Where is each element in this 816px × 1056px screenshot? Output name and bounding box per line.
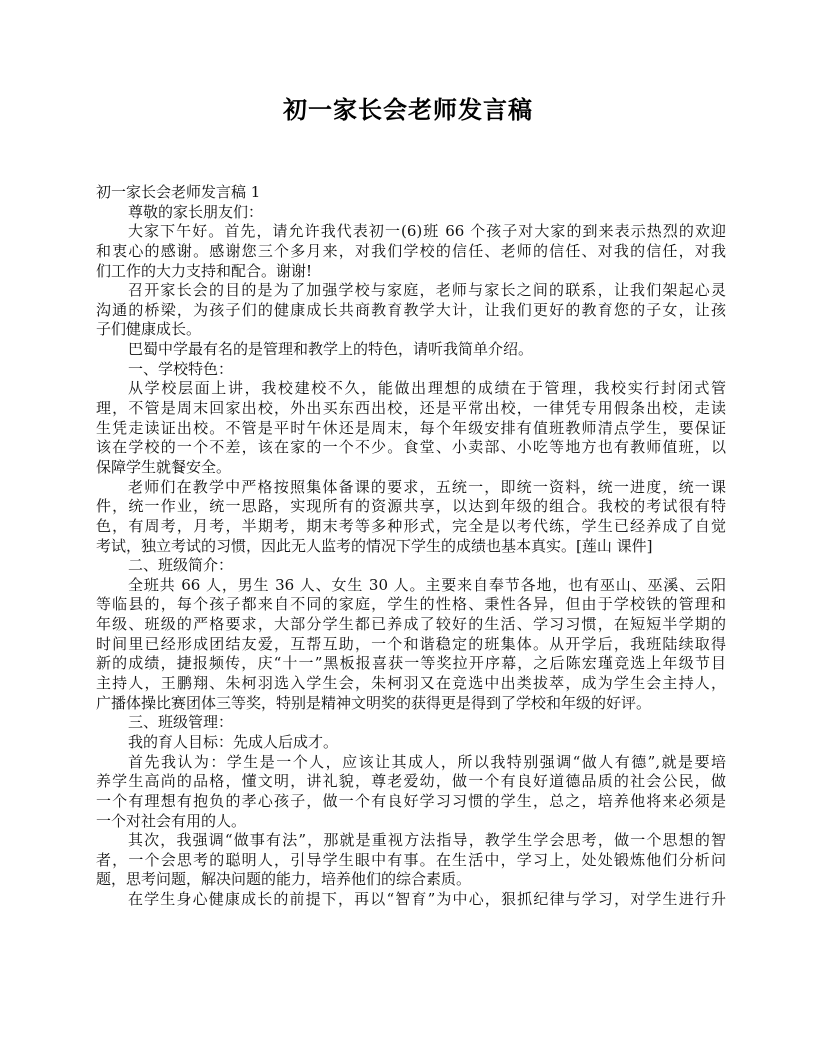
- text-line: 召开家长会的目的是为了加强学校与家庭，老师与家长之间的联系，让我们架起心灵: [96, 281, 726, 301]
- text-line: 题，思考问题，解决问题的能力，培养他们的综合素质。: [96, 870, 726, 890]
- text-line: 广播体操比赛团体三等奖，特别是精神文明奖的获得更是得到了学校和年级的好评。: [96, 694, 726, 714]
- text-line: 主持人，王鹏翔、朱柯羽选入学生会，朱柯羽又在竞选中出类拔萃，成为学生会主持人，: [96, 674, 726, 694]
- text-line: 我的育人目标：先成人后成才。: [96, 733, 726, 753]
- text-line: 沟通的桥梁，为孩子们的健康成长共商教育教学大计，让我们更好的教育您的子女，让孩: [96, 301, 726, 321]
- text-line: 等临县的，每个孩子都来自不同的家庭，学生的性格、秉性各异，但由于学校铁的管理和: [96, 595, 726, 615]
- text-line: 其次，我强调“做事有法”，那就是重视方法指导，教学生学会思考，做一个思想的智: [96, 831, 726, 851]
- text-line: 首先我认为：学生是一个人，应该让其成人，所以我特别强调“做人有德”,就是要培: [96, 753, 726, 773]
- text-line: 新的成绩，捷报频传，庆“十一”黑板报喜获一等奖拉开序幕，之后陈宏瑾竞选上年级节目: [96, 654, 726, 674]
- text-line: 巴蜀中学最有名的是管理和教学上的特色，请听我简单介绍。: [96, 340, 726, 360]
- text-line: 从学校层面上讲，我校建校不久，能做出理想的成绩在于管理，我校实行封闭式管: [96, 379, 726, 399]
- text-line: 色，有周考，月考，半期考，期末考等多种形式，完全是以考代练，学生已经养成了自觉: [96, 517, 726, 537]
- text-line: 全班共 66 人，男生 36 人、女生 30 人。主要来自奉节各地，也有巫山、巫…: [96, 576, 726, 596]
- text-line: 者，一个会思考的聪明人，引导学生眼中有事。在生活中，学习上，处处锻炼他们分析问: [96, 851, 726, 871]
- text-line: 们工作的大力支持和配合。谢谢!: [96, 262, 726, 282]
- text-line: 时间里已经形成团结友爱，互帮互助，一个和谐稳定的班集体。从开学后，我班陆续取得: [96, 635, 726, 655]
- document-title: 初一家长会老师发言稿: [0, 94, 816, 126]
- text-line: 子们健康成长。: [96, 320, 726, 340]
- text-line: 大家下午好。首先，请允许我代表初一(6)班 66 个孩子对大家的到来表示热烈的欢…: [96, 222, 726, 242]
- text-line: 考试，独立考试的习惯，因此无人监考的情况下学生的成绩也基本真实。[莲山 课件]: [96, 537, 726, 557]
- document-body: 初一家长会老师发言稿 1尊敬的家长朋友们：大家下午好。首先，请允许我代表初一(6…: [96, 183, 726, 910]
- text-line: 件，统一作业，统一思路，实现所有的资源共享，以达到年级的组合。我校的考试很有特: [96, 497, 726, 517]
- text-line: 生凭走读证出校。不管是平时午休还是周末，每个年级安排有值班教师清点学生，要保证: [96, 419, 726, 439]
- text-line: 二、班级简介：: [96, 556, 726, 576]
- text-line: 老师们在教学中严格按照集体备课的要求，五统一，即统一资料，统一进度，统一课: [96, 478, 726, 498]
- text-line: 年级、班级的严格要求，大部分学生都已养成了较好的生活、学习习惯，在短短半学期的: [96, 615, 726, 635]
- text-line: 保障学生就餐安全。: [96, 458, 726, 478]
- text-line: 养学生高尚的品格，懂文明，讲礼貌，尊老爱幼，做一个有良好道德品质的社会公民，做: [96, 772, 726, 792]
- text-line: 该在学校的一个不差，该在家的一个不少。食堂、小卖部、小吃等地方也有教师值班，以: [96, 438, 726, 458]
- text-line: 和衷心的感谢。感谢您三个多月来，对我们学校的信任、老师的信任、对我的信任，对我: [96, 242, 726, 262]
- text-line: 一个对社会有用的人。: [96, 812, 726, 832]
- text-line: 理，不管是周末回家出校，外出买东西出校，还是平常出校，一律凭专用假条出校，走读: [96, 399, 726, 419]
- text-line: 尊敬的家长朋友们：: [96, 203, 726, 223]
- text-line: 三、班级管理：: [96, 713, 726, 733]
- text-line: 在学生身心健康成长的前提下，再以“智育”为中心，狠抓纪律与学习，对学生进行升: [96, 890, 726, 910]
- text-line: 一、学校特色：: [96, 360, 726, 380]
- text-line: 一个有理想有抱负的孝心孩子，做一个有良好学习习惯的学生，总之，培养他将来必须是: [96, 792, 726, 812]
- text-line: 初一家长会老师发言稿 1: [96, 183, 726, 203]
